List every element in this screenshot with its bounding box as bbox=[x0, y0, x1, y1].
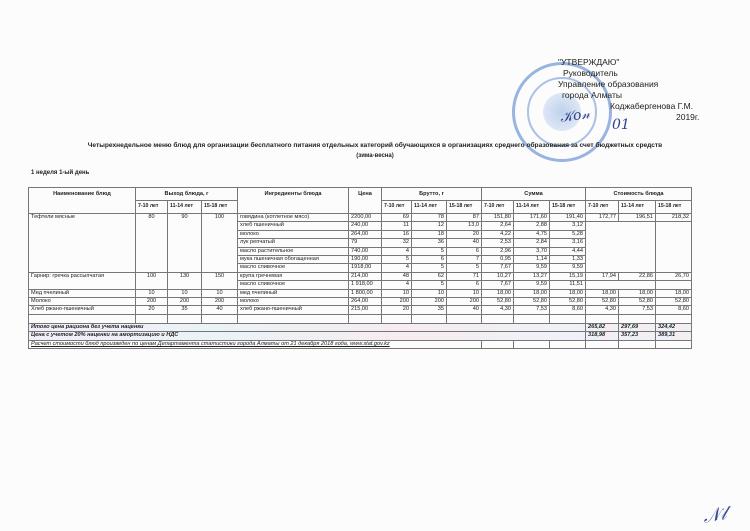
output-cell bbox=[136, 264, 168, 272]
brutto-cell: 200 bbox=[412, 298, 447, 306]
cost-cell bbox=[586, 247, 619, 255]
dish-name-cell bbox=[29, 230, 136, 238]
cost-cell: 26,70 bbox=[656, 272, 692, 280]
cost-cell bbox=[586, 281, 619, 289]
sum-cell: 2,53 bbox=[482, 239, 514, 247]
cost-cell: 4,30 bbox=[586, 306, 619, 314]
sum-cell: 18,00 bbox=[514, 289, 550, 297]
output-cell: 150 bbox=[202, 272, 238, 280]
cost-cell bbox=[619, 256, 656, 264]
output-cell bbox=[202, 230, 238, 238]
brutto-cell: 40 bbox=[447, 306, 482, 314]
brutto-cell: 40 bbox=[447, 239, 482, 247]
empty-cell bbox=[382, 314, 412, 323]
approval-line-1: Руководитель bbox=[530, 68, 699, 79]
document-season: (зима-весна) bbox=[0, 153, 750, 159]
brutto-cell: 6 bbox=[412, 256, 447, 264]
brutto-cell: 62 bbox=[412, 272, 447, 280]
dish-name-cell: Молоко bbox=[29, 298, 136, 306]
output-cell bbox=[136, 222, 168, 230]
dish-name-cell: Тефтели мясные bbox=[29, 214, 136, 222]
menu-table: Наименование блюд Выход блюда, г Ингреди… bbox=[28, 187, 692, 349]
cost-cell: 18,00 bbox=[619, 289, 656, 297]
cost-cell bbox=[619, 239, 656, 247]
output-cell: 130 bbox=[168, 272, 202, 280]
empty-cell bbox=[482, 314, 514, 323]
empty-cell bbox=[586, 314, 619, 323]
price-cell: 2200,00 bbox=[349, 214, 382, 222]
sum-cell: 11,51 bbox=[550, 281, 586, 289]
cost-cell bbox=[656, 230, 692, 238]
price-cell: 264,00 bbox=[349, 298, 382, 306]
dish-name-cell bbox=[29, 281, 136, 289]
sum-cell: 7,67 bbox=[482, 264, 514, 272]
output-cell bbox=[168, 247, 202, 255]
page-initials-mark: 𝒩𝓁 bbox=[701, 503, 728, 528]
brutto-cell: 48 bbox=[382, 272, 412, 280]
sum-cell: 2,88 bbox=[514, 222, 550, 230]
output-cell: 40 bbox=[202, 306, 238, 314]
output-cell bbox=[202, 222, 238, 230]
footnote-row: Расчет стоимости блюд произведен по цена… bbox=[29, 340, 692, 348]
output-cell bbox=[202, 239, 238, 247]
sum-cell: 2,96 bbox=[482, 247, 514, 255]
header-output: Выход блюда, г bbox=[136, 188, 238, 201]
output-cell bbox=[202, 264, 238, 272]
cost-cell: 7,53 bbox=[619, 306, 656, 314]
age-group-header: 15-18 лет bbox=[656, 201, 692, 214]
empty-cell bbox=[136, 314, 168, 323]
brutto-cell: 69 bbox=[382, 214, 412, 222]
header-sum: Сумма bbox=[482, 188, 586, 201]
total-no-markup-label: Итого цена рациона без учета наценки bbox=[29, 323, 586, 331]
sum-cell: 191,40 bbox=[550, 214, 586, 222]
approval-heading: "УТВЕРЖДАЮ" bbox=[530, 57, 699, 68]
sum-cell: 151,80 bbox=[482, 214, 514, 222]
sum-cell: 4,22 bbox=[482, 230, 514, 238]
sum-cell: 15,19 bbox=[550, 272, 586, 280]
brutto-cell: 12 bbox=[412, 222, 447, 230]
output-cell: 200 bbox=[136, 298, 168, 306]
sum-cell: 5,28 bbox=[550, 230, 586, 238]
output-cell bbox=[168, 281, 202, 289]
output-cell: 20 bbox=[136, 306, 168, 314]
brutto-cell: 20 bbox=[447, 230, 482, 238]
sum-cell: 18,00 bbox=[482, 289, 514, 297]
output-cell bbox=[202, 256, 238, 264]
cost-cell: 196,51 bbox=[619, 214, 656, 222]
brutto-cell: 4 bbox=[382, 247, 412, 255]
cost-cell bbox=[586, 222, 619, 230]
cost-cell: 52,80 bbox=[619, 298, 656, 306]
output-cell: 35 bbox=[168, 306, 202, 314]
brutto-cell: 13,0 bbox=[447, 222, 482, 230]
brutto-cell: 71 bbox=[447, 272, 482, 280]
age-group-header: 11-14 лет bbox=[619, 201, 656, 214]
total-with-markup-value: 389,31 bbox=[656, 332, 692, 340]
header-brutto: Брутто, г bbox=[382, 188, 482, 201]
brutto-cell: 78 bbox=[412, 214, 447, 222]
sum-cell: 4,30 bbox=[482, 306, 514, 314]
output-cell: 100 bbox=[136, 272, 168, 280]
cost-cell: 18,00 bbox=[586, 289, 619, 297]
empty-cell bbox=[412, 314, 447, 323]
dish-name-cell bbox=[29, 247, 136, 255]
empty-cell bbox=[168, 314, 202, 323]
sum-cell: 3,70 bbox=[514, 247, 550, 255]
cost-cell: 218,32 bbox=[656, 214, 692, 222]
empty-cell bbox=[29, 314, 136, 323]
total-no-markup-value: 265,82 bbox=[586, 323, 619, 331]
dish-name-cell: Хлеб ржано-пшеничный bbox=[29, 306, 136, 314]
empty-cell bbox=[619, 340, 656, 348]
sum-cell: 52,80 bbox=[550, 298, 586, 306]
age-group-header: 11-14 лет bbox=[412, 201, 447, 214]
spacer-row bbox=[29, 314, 692, 323]
cost-cell: 22,86 bbox=[619, 272, 656, 280]
sum-cell: 18,00 bbox=[550, 289, 586, 297]
cost-cell bbox=[619, 264, 656, 272]
ingredient-cell: молоко bbox=[238, 230, 349, 238]
price-cell: 215,00 bbox=[349, 306, 382, 314]
brutto-cell: 6 bbox=[447, 247, 482, 255]
price-cell: 1 918,00 bbox=[349, 281, 382, 289]
output-cell: 80 bbox=[136, 214, 168, 222]
document-title: Четырехнедельное меню блюд для организац… bbox=[0, 142, 750, 149]
brutto-cell: 32 bbox=[382, 239, 412, 247]
brutto-cell: 10 bbox=[447, 289, 482, 297]
brutto-cell: 200 bbox=[447, 298, 482, 306]
ingredient-cell: хлеб ржано-пшеничный bbox=[238, 306, 349, 314]
approval-line-3: города Алматы bbox=[530, 90, 699, 101]
cost-cell: 17,94 bbox=[586, 272, 619, 280]
empty-cell bbox=[514, 314, 550, 323]
output-cell bbox=[136, 256, 168, 264]
age-group-header: 7-10 лет bbox=[136, 201, 168, 214]
sum-cell: 9,59 bbox=[514, 264, 550, 272]
output-cell: 200 bbox=[168, 298, 202, 306]
empty-cell bbox=[550, 314, 586, 323]
brutto-cell: 5 bbox=[412, 264, 447, 272]
sum-cell: 171,60 bbox=[514, 214, 550, 222]
approval-block: "УТВЕРЖДАЮ" Руководитель Управление обра… bbox=[530, 57, 699, 123]
cost-cell bbox=[619, 247, 656, 255]
ingredient-cell: молоко bbox=[238, 298, 349, 306]
table-row: масло сливочное1 918,004567,679,5911,51 bbox=[29, 281, 692, 289]
total-row-with-markup: Цена с учетом 20% наценки на амортизацию… bbox=[29, 332, 692, 340]
sum-cell: 9,59 bbox=[514, 281, 550, 289]
cost-cell: 8,60 bbox=[656, 306, 692, 314]
brutto-cell: 36 bbox=[412, 239, 447, 247]
total-no-markup-value: 324,42 bbox=[656, 323, 692, 331]
cost-cell bbox=[586, 264, 619, 272]
table-row: Гарнир: гречка рассыпчатая100130150крупа… bbox=[29, 272, 692, 280]
cost-cell bbox=[656, 247, 692, 255]
brutto-cell: 10 bbox=[382, 289, 412, 297]
table-row: масло растительное740,004562,963,704,44 bbox=[29, 247, 692, 255]
ingredient-cell: масло растительное bbox=[238, 247, 349, 255]
table-row: лук репчатый793236402,532,843,16 bbox=[29, 239, 692, 247]
brutto-cell: 4 bbox=[382, 264, 412, 272]
sum-cell: 10,27 bbox=[482, 272, 514, 280]
sum-cell: 3,16 bbox=[550, 239, 586, 247]
total-with-markup-value: 357,23 bbox=[619, 332, 656, 340]
price-cell: 190,00 bbox=[349, 256, 382, 264]
brutto-cell: 10 bbox=[412, 289, 447, 297]
output-cell bbox=[168, 264, 202, 272]
output-cell bbox=[202, 281, 238, 289]
dish-name-cell: Гарнир: гречка рассыпчатая bbox=[29, 272, 136, 280]
brutto-cell: 5 bbox=[382, 256, 412, 264]
output-cell: 10 bbox=[136, 289, 168, 297]
dish-name-cell bbox=[29, 239, 136, 247]
ingredient-cell: мед пчелиный bbox=[238, 289, 349, 297]
brutto-cell: 6 bbox=[447, 281, 482, 289]
output-cell: 10 bbox=[202, 289, 238, 297]
age-group-header: 7-10 лет bbox=[482, 201, 514, 214]
brutto-cell: 5 bbox=[412, 281, 447, 289]
sum-cell: 4,44 bbox=[550, 247, 586, 255]
age-group-header: 15-18 лет bbox=[202, 201, 238, 214]
cost-cell bbox=[656, 256, 692, 264]
table-row: Молоко200200200молоко264,0020020020052,8… bbox=[29, 298, 692, 306]
cost-cell: 52,80 bbox=[586, 298, 619, 306]
day-label: 1 неделя 1-ый день bbox=[31, 170, 89, 176]
dish-name-cell bbox=[29, 256, 136, 264]
cost-cell bbox=[656, 281, 692, 289]
total-with-markup-value: 318,98 bbox=[586, 332, 619, 340]
empty-cell bbox=[586, 340, 619, 348]
sum-cell: 52,80 bbox=[514, 298, 550, 306]
header-price: Цена bbox=[349, 188, 382, 214]
output-cell bbox=[168, 222, 202, 230]
cost-cell bbox=[586, 239, 619, 247]
price-cell: 264,00 bbox=[349, 230, 382, 238]
output-cell bbox=[168, 239, 202, 247]
cost-cell bbox=[656, 264, 692, 272]
total-no-markup-value: 297,69 bbox=[619, 323, 656, 331]
sum-cell: 2,64 bbox=[482, 222, 514, 230]
cost-cell bbox=[619, 230, 656, 238]
sum-cell: 1,14 bbox=[514, 256, 550, 264]
age-group-header: 15-18 лет bbox=[447, 201, 482, 214]
sum-cell: 9,59 bbox=[550, 264, 586, 272]
ingredient-cell: масло сливочное bbox=[238, 281, 349, 289]
table-row: масло сливочное1918,004557,679,599,59 bbox=[29, 264, 692, 272]
cost-cell: 172,77 bbox=[586, 214, 619, 222]
output-cell: 10 bbox=[168, 289, 202, 297]
age-group-header: 7-10 лет bbox=[586, 201, 619, 214]
footnote-text: Расчет стоимости блюд произведен по цена… bbox=[29, 340, 482, 348]
age-group-header: 15-18 лет bbox=[550, 201, 586, 214]
cost-cell bbox=[619, 281, 656, 289]
output-cell bbox=[168, 230, 202, 238]
sum-cell: 7,67 bbox=[482, 281, 514, 289]
empty-cell bbox=[482, 340, 514, 348]
empty-cell bbox=[550, 340, 586, 348]
age-group-header: 7-10 лет bbox=[382, 201, 412, 214]
header-cost: Стоимость блюда bbox=[586, 188, 692, 201]
empty-cell bbox=[202, 314, 238, 323]
sum-cell: 2,84 bbox=[514, 239, 550, 247]
price-cell: 1 800,00 bbox=[349, 289, 382, 297]
cost-cell bbox=[656, 222, 692, 230]
ingredient-cell: говядина (котлетное мясо) bbox=[238, 214, 349, 222]
sum-cell: 0,95 bbox=[482, 256, 514, 264]
header-ingredients: Ингредиенты блюда bbox=[238, 188, 349, 214]
output-cell bbox=[136, 247, 168, 255]
ingredient-cell: крупа гречневая bbox=[238, 272, 349, 280]
table-row: Мед пчелиный101010мед пчелиный1 800,0010… bbox=[29, 289, 692, 297]
cost-cell bbox=[586, 256, 619, 264]
brutto-cell: 87 bbox=[447, 214, 482, 222]
empty-cell bbox=[656, 340, 692, 348]
dish-name-cell bbox=[29, 222, 136, 230]
brutto-cell: 5 bbox=[447, 264, 482, 272]
cost-cell: 18,00 bbox=[656, 289, 692, 297]
brutto-cell: 35 bbox=[412, 306, 447, 314]
output-cell bbox=[136, 281, 168, 289]
approval-line-2: Управление образования bbox=[530, 79, 699, 90]
table-row: молоко264,001618204,224,755,28 bbox=[29, 230, 692, 238]
table-row: Хлеб ржано-пшеничный203540хлеб ржано-пше… bbox=[29, 306, 692, 314]
price-cell: 214,00 bbox=[349, 272, 382, 280]
dish-name-cell: Мед пчелиный bbox=[29, 289, 136, 297]
sum-cell: 13,27 bbox=[514, 272, 550, 280]
cost-cell bbox=[619, 222, 656, 230]
total-with-markup-label: Цена с учетом 20% наценки на амортизацию… bbox=[29, 332, 586, 340]
brutto-cell: 16 bbox=[382, 230, 412, 238]
cost-cell bbox=[586, 230, 619, 238]
table-row: мука пшеничная обогащенная190,005670,951… bbox=[29, 256, 692, 264]
header-dish: Наименование блюд bbox=[29, 188, 136, 214]
output-cell bbox=[168, 256, 202, 264]
ingredient-cell: мука пшеничная обогащенная bbox=[238, 256, 349, 264]
empty-cell bbox=[619, 314, 656, 323]
output-cell bbox=[136, 230, 168, 238]
ingredient-cell: хлеб пшеничный bbox=[238, 222, 349, 230]
brutto-cell: 5 bbox=[412, 247, 447, 255]
output-cell: 90 bbox=[168, 214, 202, 222]
approval-signatory: Коджабергенова Г.М. bbox=[530, 101, 699, 112]
dish-name-cell bbox=[29, 264, 136, 272]
age-group-header: 11-14 лет bbox=[514, 201, 550, 214]
sum-cell: 3,12 bbox=[550, 222, 586, 230]
header-row: Наименование блюд Выход блюда, г Ингреди… bbox=[29, 188, 692, 201]
ingredient-cell: лук репчатый bbox=[238, 239, 349, 247]
price-cell: 79 bbox=[349, 239, 382, 247]
brutto-cell: 18 bbox=[412, 230, 447, 238]
empty-cell bbox=[514, 340, 550, 348]
sum-cell: 7,53 bbox=[514, 306, 550, 314]
brutto-cell: 11 bbox=[382, 222, 412, 230]
output-cell bbox=[136, 239, 168, 247]
empty-cell bbox=[656, 314, 692, 323]
cost-cell: 52,80 bbox=[656, 298, 692, 306]
cost-cell bbox=[656, 239, 692, 247]
sum-cell: 52,80 bbox=[482, 298, 514, 306]
brutto-cell: 7 bbox=[447, 256, 482, 264]
total-row-no-markup: Итого цена рациона без учета наценки265,… bbox=[29, 323, 692, 331]
empty-cell bbox=[349, 314, 382, 323]
table-row: Тефтели мясные8090100говядина (котлетное… bbox=[29, 214, 692, 222]
price-cell: 240,00 bbox=[349, 222, 382, 230]
output-cell: 100 bbox=[202, 214, 238, 222]
sum-cell: 8,60 bbox=[550, 306, 586, 314]
price-cell: 740,00 bbox=[349, 247, 382, 255]
ingredient-cell: масло сливочное bbox=[238, 264, 349, 272]
sum-cell: 4,75 bbox=[514, 230, 550, 238]
age-group-header: 11-14 лет bbox=[168, 201, 202, 214]
brutto-cell: 20 bbox=[382, 306, 412, 314]
output-cell bbox=[202, 247, 238, 255]
empty-cell bbox=[238, 314, 349, 323]
price-cell: 1918,00 bbox=[349, 264, 382, 272]
table-row: хлеб пшеничный240,00111213,02,642,883,12 bbox=[29, 222, 692, 230]
output-cell: 200 bbox=[202, 298, 238, 306]
date-mark: 01 bbox=[612, 117, 630, 133]
brutto-cell: 4 bbox=[382, 281, 412, 289]
sum-cell: 1,33 bbox=[550, 256, 586, 264]
brutto-cell: 200 bbox=[382, 298, 412, 306]
empty-cell bbox=[447, 314, 482, 323]
